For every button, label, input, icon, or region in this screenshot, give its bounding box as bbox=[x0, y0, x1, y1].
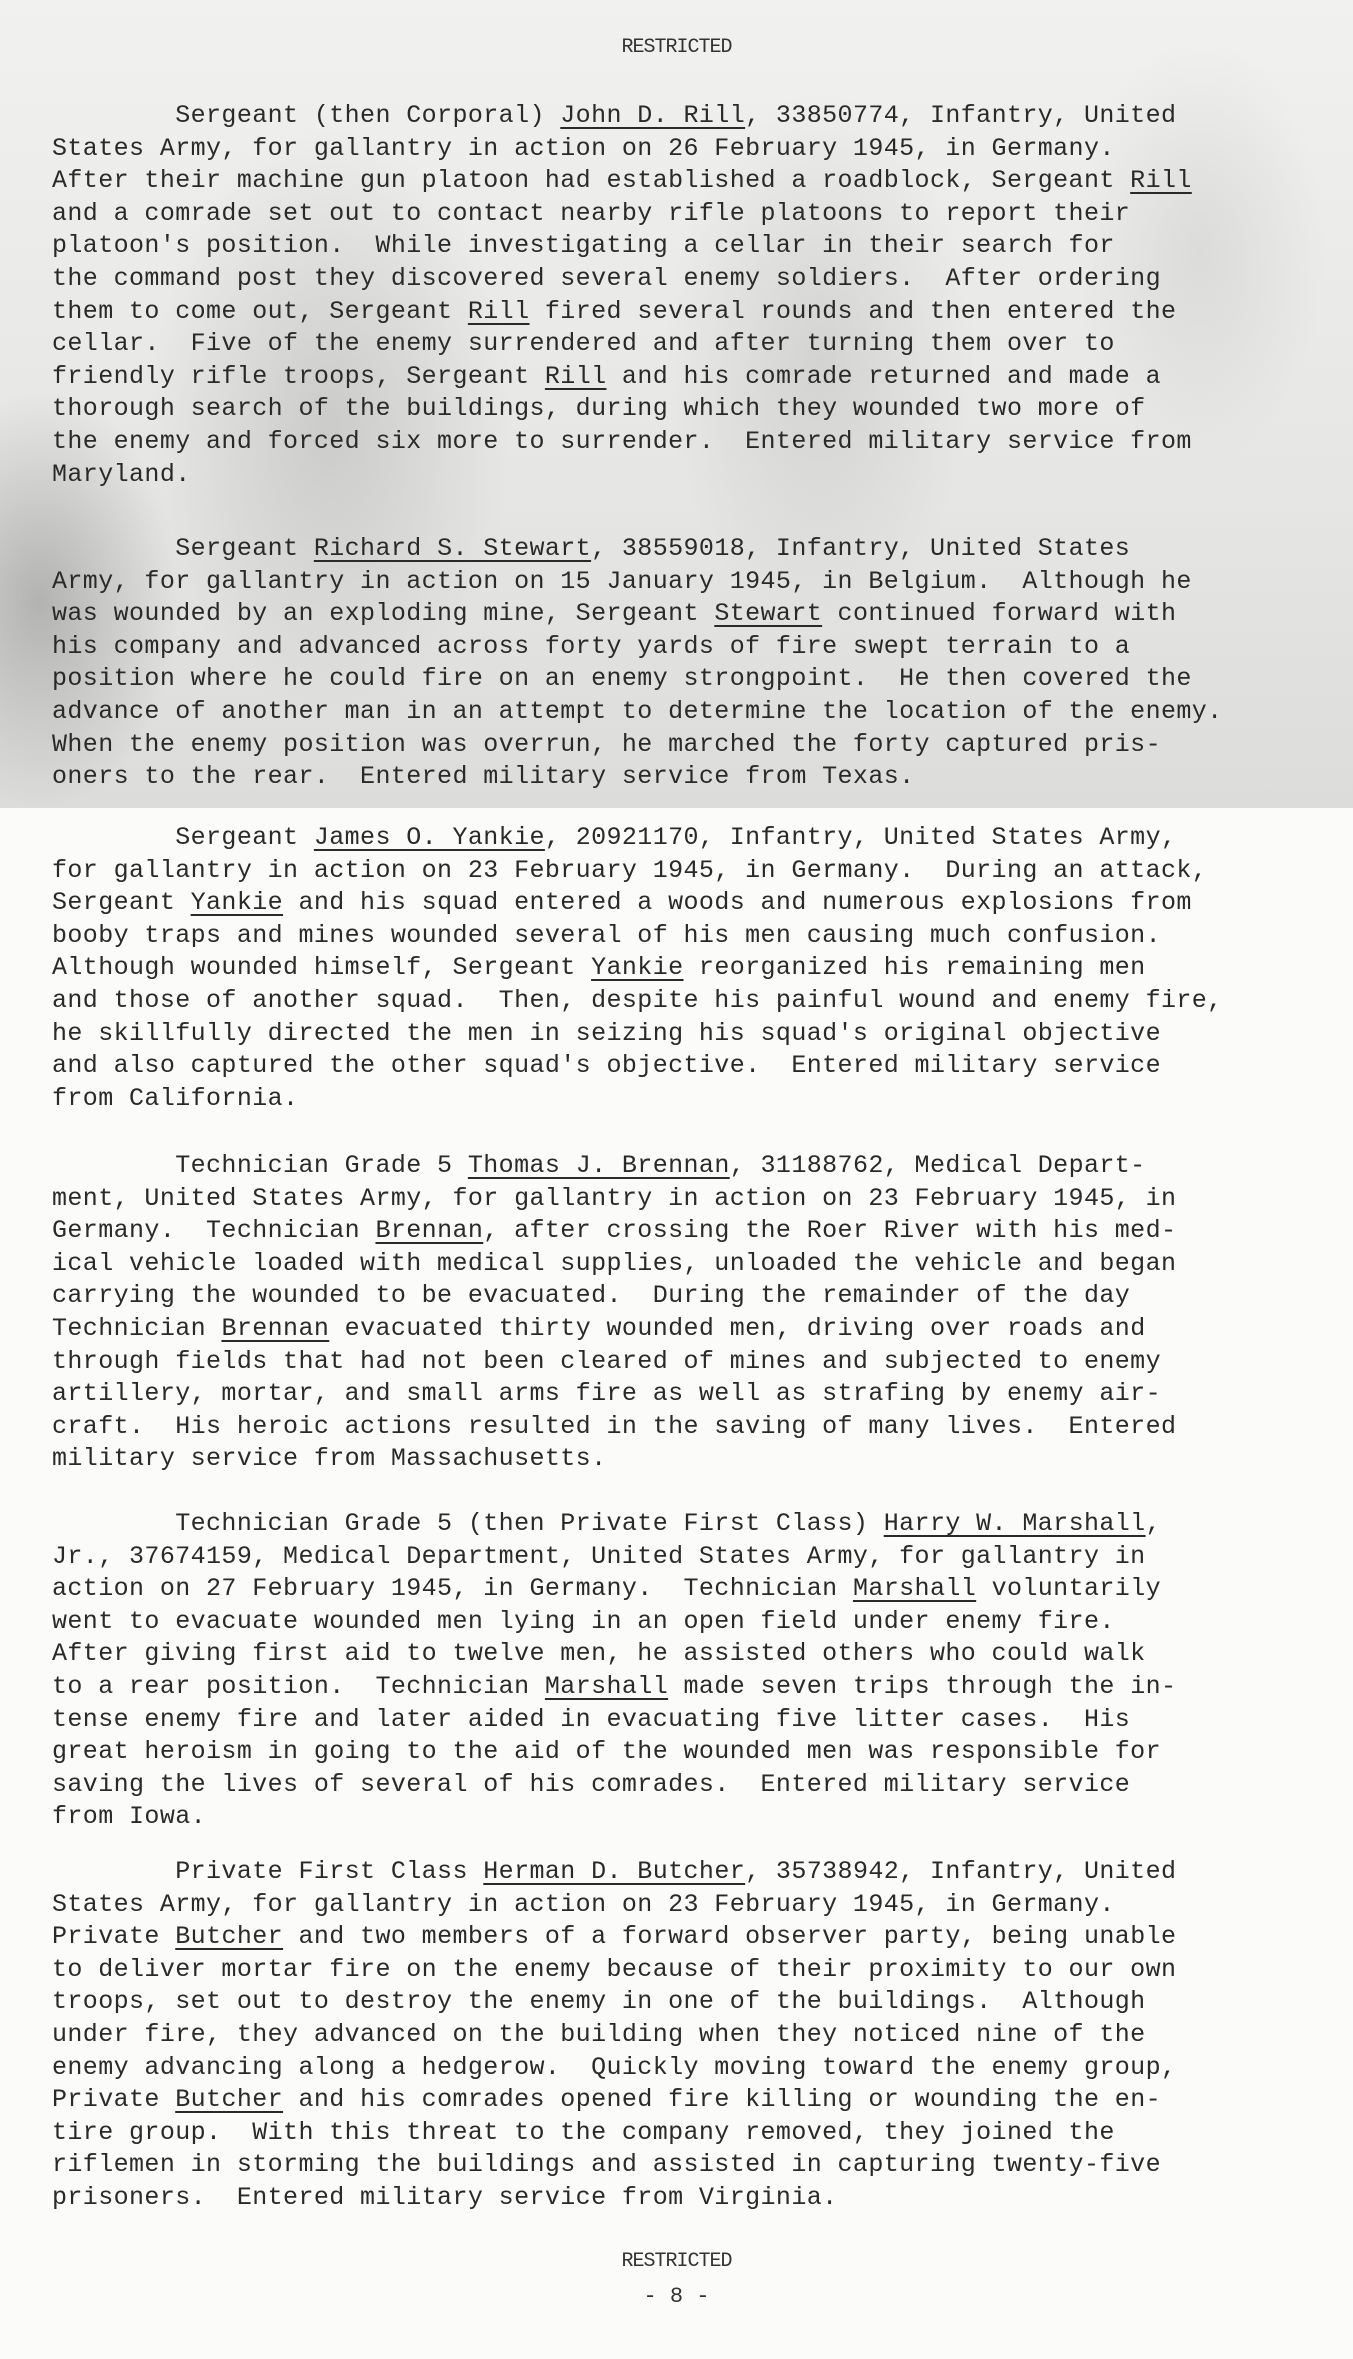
text-line: Jr., 37674159, Medical Department, Unite… bbox=[52, 1541, 1312, 1574]
text-line: friendly rifle troops, Sergeant Rill and… bbox=[52, 361, 1312, 394]
text-line: oners to the rear. Entered military serv… bbox=[52, 761, 1312, 794]
citation-paragraph: Technician Grade 5 Thomas J. Brennan, 31… bbox=[52, 1150, 1312, 1476]
text-line: tense enemy fire and later aided in evac… bbox=[52, 1704, 1312, 1737]
underlined-name: James O. Yankie bbox=[314, 823, 545, 852]
citation-paragraph: Sergeant James O. Yankie, 20921170, Infa… bbox=[52, 822, 1312, 1115]
text-line: to a rear position. Technician Marshall … bbox=[52, 1671, 1312, 1704]
text-run: saving the lives of several of his comra… bbox=[52, 1770, 1130, 1799]
text-run: them to come out, Sergeant bbox=[52, 297, 468, 326]
text-run: and his comrades opened fire killing or … bbox=[283, 2085, 1161, 2114]
text-line: Although wounded himself, Sergeant Yanki… bbox=[52, 952, 1312, 985]
text-run: , after crossing the Roer River with his… bbox=[483, 1216, 1176, 1245]
underlined-name: Thomas J. Brennan bbox=[468, 1151, 730, 1180]
text-line: troops, set out to destroy the enemy in … bbox=[52, 1986, 1312, 2019]
text-run: Army, for gallantry in action on 15 Janu… bbox=[52, 567, 1192, 596]
text-line: ment, United States Army, for gallantry … bbox=[52, 1183, 1312, 1216]
text-run: the command post they discovered several… bbox=[52, 264, 1161, 293]
text-line: carrying the wounded to be evacuated. Du… bbox=[52, 1280, 1312, 1313]
text-line: Sergeant Richard S. Stewart, 38559018, I… bbox=[52, 533, 1312, 566]
text-run: he skillfully directed the men in seizin… bbox=[52, 1019, 1161, 1048]
text-line: great heroism in going to the aid of the… bbox=[52, 1736, 1312, 1769]
text-line: and also captured the other squad's obje… bbox=[52, 1050, 1312, 1083]
underlined-name: Stewart bbox=[714, 599, 822, 628]
text-run: thorough search of the buildings, during… bbox=[52, 394, 1146, 423]
text-run: Sergeant bbox=[52, 888, 191, 917]
underlined-name: Brennan bbox=[375, 1216, 483, 1245]
underlined-name: John D. Rill bbox=[560, 101, 745, 130]
text-run: cellar. Five of the enemy surrendered an… bbox=[52, 329, 1115, 358]
text-run: under fire, they advanced on the buildin… bbox=[52, 2020, 1146, 2049]
text-run: ical vehicle loaded with medical supplie… bbox=[52, 1249, 1176, 1278]
text-line: Germany. Technician Brennan, after cross… bbox=[52, 1215, 1312, 1248]
underlined-name: Yankie bbox=[591, 953, 683, 982]
text-line: riflemen in storming the buildings and a… bbox=[52, 2149, 1312, 2182]
text-run: platoon's position. While investigating … bbox=[52, 231, 1115, 260]
page-number: - 8 - bbox=[0, 2284, 1353, 2309]
text-line: for gallantry in action on 23 February 1… bbox=[52, 855, 1312, 888]
text-run: , 33850774, Infantry, United bbox=[745, 101, 1176, 130]
text-run: Jr., 37674159, Medical Department, Unite… bbox=[52, 1542, 1146, 1571]
text-run: enemy advancing along a hedgerow. Quickl… bbox=[52, 2053, 1176, 2082]
text-run: and his squad entered a woods and numero… bbox=[283, 888, 1192, 917]
text-line: Private Butcher and his comrades opened … bbox=[52, 2084, 1312, 2117]
text-line: to deliver mortar fire on the enemy beca… bbox=[52, 1954, 1312, 1987]
text-line: saving the lives of several of his comra… bbox=[52, 1769, 1312, 1802]
text-run: Private bbox=[52, 1922, 175, 1951]
text-run: , bbox=[1146, 1509, 1161, 1538]
text-line: was wounded by an exploding mine, Sergea… bbox=[52, 598, 1312, 631]
text-line: action on 27 February 1945, in Germany. … bbox=[52, 1573, 1312, 1606]
text-line: Sergeant James O. Yankie, 20921170, Infa… bbox=[52, 822, 1312, 855]
text-run: Sergeant bbox=[52, 534, 314, 563]
underlined-name: Butcher bbox=[175, 1922, 283, 1951]
text-run: craft. His heroic actions resulted in th… bbox=[52, 1412, 1176, 1441]
text-run: , 31188762, Medical Depart- bbox=[730, 1151, 1146, 1180]
text-line: States Army, for gallantry in action on … bbox=[52, 133, 1312, 166]
text-run: Sergeant (then Corporal) bbox=[52, 101, 560, 130]
underlined-name: Harry W. Marshall bbox=[884, 1509, 1146, 1538]
classification-footer: RESTRICTED bbox=[0, 2250, 1353, 2273]
text-line: prisoners. Entered military service from… bbox=[52, 2182, 1312, 2215]
text-run: oners to the rear. Entered military serv… bbox=[52, 762, 915, 791]
citation-paragraph: Sergeant (then Corporal) John D. Rill, 3… bbox=[52, 100, 1312, 491]
text-run: evacuated thirty wounded men, driving ov… bbox=[329, 1314, 1145, 1343]
text-run: tire group. With this threat to the comp… bbox=[52, 2118, 1115, 2147]
text-line: cellar. Five of the enemy surrendered an… bbox=[52, 328, 1312, 361]
text-run: through fields that had not been cleared… bbox=[52, 1347, 1161, 1376]
text-run: When the enemy position was overrun, he … bbox=[52, 730, 1161, 759]
text-line: Private First Class Herman D. Butcher, 3… bbox=[52, 1856, 1312, 1889]
text-run: advance of another man in an attempt to … bbox=[52, 697, 1223, 726]
text-line: he skillfully directed the men in seizin… bbox=[52, 1018, 1312, 1051]
text-run: riflemen in storming the buildings and a… bbox=[52, 2150, 1161, 2179]
text-line: went to evacuate wounded men lying in an… bbox=[52, 1606, 1312, 1639]
text-run: Technician Grade 5 (then Private First C… bbox=[52, 1509, 884, 1538]
text-run: the enemy and forced six more to surrend… bbox=[52, 427, 1192, 456]
text-run: After giving first aid to twelve men, he… bbox=[52, 1639, 1146, 1668]
text-line: Technician Grade 5 Thomas J. Brennan, 31… bbox=[52, 1150, 1312, 1183]
text-run: Private First Class bbox=[52, 1857, 483, 1886]
text-run: made seven trips through the in- bbox=[668, 1672, 1176, 1701]
text-run: Maryland. bbox=[52, 460, 191, 489]
text-run: and those of another squad. Then, despit… bbox=[52, 986, 1223, 1015]
text-line: position where he could fire on an enemy… bbox=[52, 663, 1312, 696]
underlined-name: Yankie bbox=[191, 888, 283, 917]
citation-paragraph: Private First Class Herman D. Butcher, 3… bbox=[52, 1856, 1312, 2215]
text-line: ical vehicle loaded with medical supplie… bbox=[52, 1248, 1312, 1281]
text-line: After their machine gun platoon had esta… bbox=[52, 165, 1312, 198]
text-run: Private bbox=[52, 2085, 175, 2114]
text-run: voluntarily bbox=[976, 1574, 1161, 1603]
citation-paragraph: Technician Grade 5 (then Private First C… bbox=[52, 1508, 1312, 1834]
text-run: , 38559018, Infantry, United States bbox=[591, 534, 1130, 563]
text-line: platoon's position. While investigating … bbox=[52, 230, 1312, 263]
text-line: thorough search of the buildings, during… bbox=[52, 393, 1312, 426]
text-run: action on 27 February 1945, in Germany. … bbox=[52, 1574, 853, 1603]
text-run: and his comrade returned and made a bbox=[607, 362, 1162, 391]
text-line: Sergeant (then Corporal) John D. Rill, 3… bbox=[52, 100, 1312, 133]
text-line: Private Butcher and two members of a for… bbox=[52, 1921, 1312, 1954]
text-line: enemy advancing along a hedgerow. Quickl… bbox=[52, 2052, 1312, 2085]
text-run: After their machine gun platoon had esta… bbox=[52, 166, 1130, 195]
text-run: his company and advanced across forty ya… bbox=[52, 632, 1130, 661]
text-run: continued forward with bbox=[822, 599, 1176, 628]
text-line: States Army, for gallantry in action on … bbox=[52, 1889, 1312, 1922]
text-run: Technician Grade 5 bbox=[52, 1151, 468, 1180]
text-run: was wounded by an exploding mine, Sergea… bbox=[52, 599, 714, 628]
text-run: tense enemy fire and later aided in evac… bbox=[52, 1705, 1130, 1734]
underlined-name: Marshall bbox=[545, 1672, 668, 1701]
underlined-name: Richard S. Stewart bbox=[314, 534, 591, 563]
text-run: great heroism in going to the aid of the… bbox=[52, 1737, 1161, 1766]
text-line: Technician Brennan evacuated thirty woun… bbox=[52, 1313, 1312, 1346]
text-run: artillery, mortar, and small arms fire a… bbox=[52, 1379, 1161, 1408]
text-run: to a rear position. Technician bbox=[52, 1672, 545, 1701]
text-line: through fields that had not been cleared… bbox=[52, 1346, 1312, 1379]
citation-paragraph: Sergeant Richard S. Stewart, 38559018, I… bbox=[52, 533, 1312, 794]
text-run: ment, United States Army, for gallantry … bbox=[52, 1184, 1176, 1213]
text-line: them to come out, Sergeant Rill fired se… bbox=[52, 296, 1312, 329]
text-line: military service from Massachusetts. bbox=[52, 1443, 1312, 1476]
text-line: from California. bbox=[52, 1083, 1312, 1116]
text-line: under fire, they advanced on the buildin… bbox=[52, 2019, 1312, 2052]
text-run: to deliver mortar fire on the enemy beca… bbox=[52, 1955, 1176, 1984]
classification-header: RESTRICTED bbox=[0, 36, 1353, 59]
text-run: fired several rounds and then entered th… bbox=[530, 297, 1177, 326]
text-run: from California. bbox=[52, 1084, 298, 1113]
text-run: position where he could fire on an enemy… bbox=[52, 664, 1192, 693]
underlined-name: Marshall bbox=[853, 1574, 976, 1603]
text-run: from Iowa. bbox=[52, 1802, 206, 1831]
text-run: prisoners. Entered military service from… bbox=[52, 2183, 838, 2212]
text-line: booby traps and mines wounded several of… bbox=[52, 920, 1312, 953]
underlined-name: Herman D. Butcher bbox=[483, 1857, 745, 1886]
text-line: and those of another squad. Then, despit… bbox=[52, 985, 1312, 1018]
text-line: Technician Grade 5 (then Private First C… bbox=[52, 1508, 1312, 1541]
underlined-name: Butcher bbox=[175, 2085, 283, 2114]
text-line: Maryland. bbox=[52, 459, 1312, 492]
text-run: and also captured the other squad's obje… bbox=[52, 1051, 1161, 1080]
underlined-name: Rill bbox=[1130, 166, 1192, 195]
text-line: and a comrade set out to contact nearby … bbox=[52, 198, 1312, 231]
text-line: craft. His heroic actions resulted in th… bbox=[52, 1411, 1312, 1444]
text-line: After giving first aid to twelve men, he… bbox=[52, 1638, 1312, 1671]
text-run: carrying the wounded to be evacuated. Du… bbox=[52, 1281, 1130, 1310]
text-line: artillery, mortar, and small arms fire a… bbox=[52, 1378, 1312, 1411]
text-run: and a comrade set out to contact nearby … bbox=[52, 199, 1130, 228]
text-run: troops, set out to destroy the enemy in … bbox=[52, 1987, 1146, 2016]
underlined-name: Rill bbox=[468, 297, 530, 326]
text-line: Army, for gallantry in action on 15 Janu… bbox=[52, 566, 1312, 599]
text-run: Technician bbox=[52, 1314, 221, 1343]
text-run: for gallantry in action on 23 February 1… bbox=[52, 856, 1207, 885]
text-run: States Army, for gallantry in action on … bbox=[52, 1890, 1115, 1919]
text-run: Germany. Technician bbox=[52, 1216, 375, 1245]
text-run: friendly rifle troops, Sergeant bbox=[52, 362, 545, 391]
text-line: advance of another man in an attempt to … bbox=[52, 696, 1312, 729]
text-run: went to evacuate wounded men lying in an… bbox=[52, 1607, 1115, 1636]
text-line: from Iowa. bbox=[52, 1801, 1312, 1834]
text-run: booby traps and mines wounded several of… bbox=[52, 921, 1161, 950]
underlined-name: Brennan bbox=[221, 1314, 329, 1343]
text-line: Sergeant Yankie and his squad entered a … bbox=[52, 887, 1312, 920]
text-run: and two members of a forward observer pa… bbox=[283, 1922, 1176, 1951]
text-line: When the enemy position was overrun, he … bbox=[52, 729, 1312, 762]
text-run: , 20921170, Infantry, United States Army… bbox=[545, 823, 1177, 852]
text-line: the enemy and forced six more to surrend… bbox=[52, 426, 1312, 459]
text-run: Sergeant bbox=[52, 823, 314, 852]
text-run: military service from Massachusetts. bbox=[52, 1444, 607, 1473]
text-run: , 35738942, Infantry, United bbox=[745, 1857, 1176, 1886]
text-run: States Army, for gallantry in action on … bbox=[52, 134, 1115, 163]
underlined-name: Rill bbox=[545, 362, 607, 391]
text-run: reorganized his remaining men bbox=[684, 953, 1146, 982]
text-line: tire group. With this threat to the comp… bbox=[52, 2117, 1312, 2150]
text-line: his company and advanced across forty ya… bbox=[52, 631, 1312, 664]
text-line: the command post they discovered several… bbox=[52, 263, 1312, 296]
text-run: Although wounded himself, Sergeant bbox=[52, 953, 591, 982]
